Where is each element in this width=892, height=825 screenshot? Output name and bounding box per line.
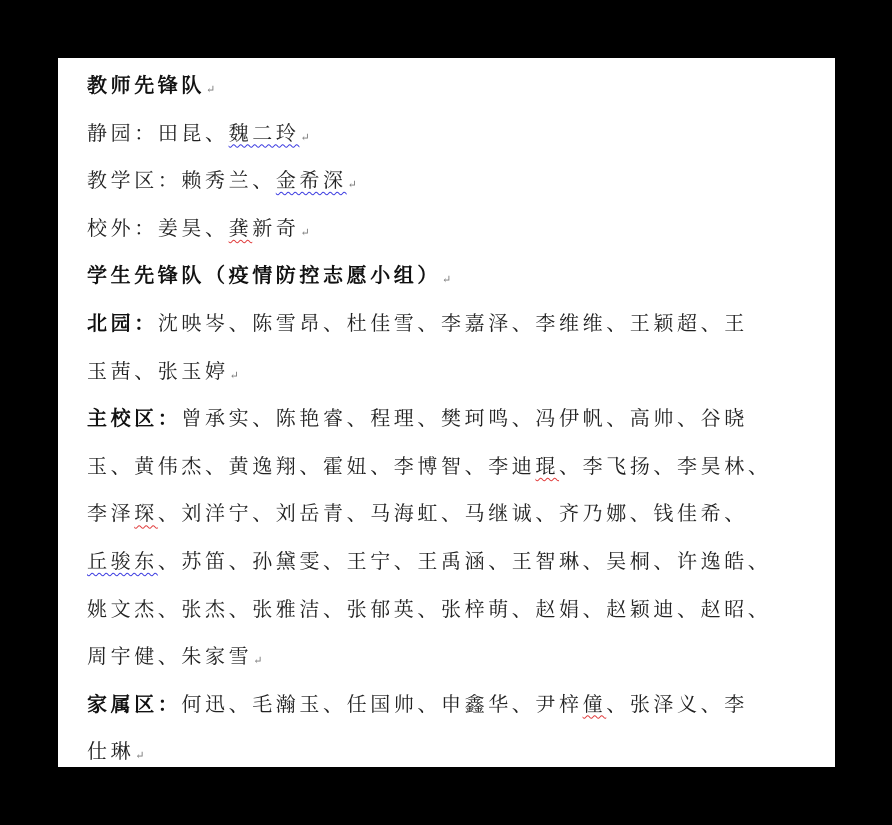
paragraph-mark-icon: ↵: [135, 749, 144, 762]
document-body: 教师先锋队↵ 静园：田昆、魏二玲↵ 教学区：赖秀兰、金希深↵ 校外：姜昊、龚新奇…: [87, 62, 807, 776]
spelling-flagged-char[interactable]: 僮: [583, 692, 607, 716]
paragraph-mark-icon: ↵: [348, 178, 357, 191]
jiaoxuequ-names: 赖秀兰、: [181, 168, 275, 192]
jiashuqu-names: 何迅、毛瀚玉、任国帅、申鑫华、尹梓: [181, 692, 582, 716]
students-heading: 学生先锋队（疫情防控志愿小组）: [87, 263, 441, 287]
jiashuqu-label: 家属区：: [87, 692, 181, 716]
paragraph-mark-icon: ↵: [300, 131, 309, 144]
jiaoxuequ-line[interactable]: 教学区：赖秀兰、金希深↵: [87, 157, 807, 205]
beiyuan-names-cont: 玉茜、张玉婷: [87, 359, 229, 383]
teachers-heading: 教师先锋队: [87, 73, 205, 97]
spelling-flagged-char[interactable]: 琛: [134, 501, 158, 525]
grammar-flagged-name[interactable]: 金希深: [276, 168, 347, 192]
paragraph-mark-icon: ↵: [230, 369, 239, 382]
zhuxiaoqu-line-1[interactable]: 主校区：曾承实、陈艳睿、程理、樊珂鸣、冯伊帆、高帅、谷晓: [87, 395, 807, 443]
zhuxiaoqu-line-6[interactable]: 周宇健、朱家雪↵: [87, 633, 807, 681]
beiyuan-names: 沈映岑、陈雪昂、杜佳雪、李嘉泽、李维维、王颖超、王: [158, 311, 748, 335]
jingyuan-names: 田昆、: [158, 121, 229, 145]
paragraph-mark-icon: ↵: [206, 83, 215, 96]
beiyuan-label: 北园：: [87, 311, 158, 335]
jingyuan-label: 静园：: [87, 121, 158, 145]
xiaowai-label: 校外：: [87, 216, 158, 240]
document-page: 教师先锋队↵ 静园：田昆、魏二玲↵ 教学区：赖秀兰、金希深↵ 校外：姜昊、龚新奇…: [58, 58, 835, 767]
zhuxiaoqu-line-3[interactable]: 李泽琛、刘洋宁、刘岳青、马海虹、马继诚、齐乃娜、钱佳希、: [87, 490, 807, 538]
xiaowai-names: 姜昊、: [158, 216, 229, 240]
spelling-flagged-char[interactable]: 琨: [535, 454, 559, 478]
zhuxiaoqu-label: 主校区：: [87, 406, 181, 430]
zhuxiaoqu-names: 、苏笛、孙黛雯、王宁、王禹涵、王智琳、吴桐、许逸皓、: [158, 549, 772, 573]
zhuxiaoqu-line-5[interactable]: 姚文杰、张杰、张雅洁、张郁英、张梓萌、赵娟、赵颖迪、赵昭、: [87, 586, 807, 634]
xiaowai-names-rest: 新奇: [252, 216, 299, 240]
zhuxiaoqu-line-2[interactable]: 玉、黄伟杰、黄逸翔、霍妞、李博智、李迪琨、李飞扬、李昊林、: [87, 443, 807, 491]
jingyuan-line[interactable]: 静园：田昆、魏二玲↵: [87, 110, 807, 158]
zhuxiaoqu-names: 曾承实、陈艳睿、程理、樊珂鸣、冯伊帆、高帅、谷晓: [181, 406, 747, 430]
zhuxiaoqu-names: 玉、黄伟杰、黄逸翔、霍妞、李博智、李迪: [87, 454, 535, 478]
beiyuan-line-2[interactable]: 玉茜、张玉婷↵: [87, 348, 807, 396]
jiashuqu-line-2[interactable]: 仕琳↵: [87, 728, 807, 776]
zhuxiaoqu-line-4[interactable]: 丘骏东、苏笛、孙黛雯、王宁、王禹涵、王智琳、吴桐、许逸皓、: [87, 538, 807, 586]
jiashuqu-names: 、张泽义、李: [606, 692, 748, 716]
zhuxiaoqu-names: 、李飞扬、李昊林、: [559, 454, 771, 478]
teachers-heading-line[interactable]: 教师先锋队↵: [87, 62, 807, 110]
jiashuqu-names-cont: 仕琳: [87, 739, 134, 763]
paragraph-mark-icon: ↵: [442, 273, 451, 286]
jiashuqu-line-1[interactable]: 家属区：何迅、毛瀚玉、任国帅、申鑫华、尹梓僮、张泽义、李: [87, 681, 807, 729]
paragraph-mark-icon: ↵: [253, 654, 262, 667]
zhuxiaoqu-names: 周宇健、朱家雪: [87, 644, 252, 668]
xiaowai-line[interactable]: 校外：姜昊、龚新奇↵: [87, 205, 807, 253]
zhuxiaoqu-names: 、刘洋宁、刘岳青、马海虹、马继诚、齐乃娜、钱佳希、: [158, 501, 748, 525]
grammar-flagged-name[interactable]: 丘骏东: [87, 549, 158, 573]
students-heading-line[interactable]: 学生先锋队（疫情防控志愿小组）↵: [87, 252, 807, 300]
spelling-flagged-char[interactable]: 龚: [229, 216, 253, 240]
paragraph-mark-icon: ↵: [300, 226, 309, 239]
zhuxiaoqu-names: 李泽: [87, 501, 134, 525]
jiaoxuequ-label: 教学区：: [87, 168, 181, 192]
beiyuan-line-1[interactable]: 北园：沈映岑、陈雪昂、杜佳雪、李嘉泽、李维维、王颖超、王: [87, 300, 807, 348]
grammar-flagged-name[interactable]: 魏二玲: [229, 121, 300, 145]
zhuxiaoqu-names: 姚文杰、张杰、张雅洁、张郁英、张梓萌、赵娟、赵颖迪、赵昭、: [87, 597, 771, 621]
